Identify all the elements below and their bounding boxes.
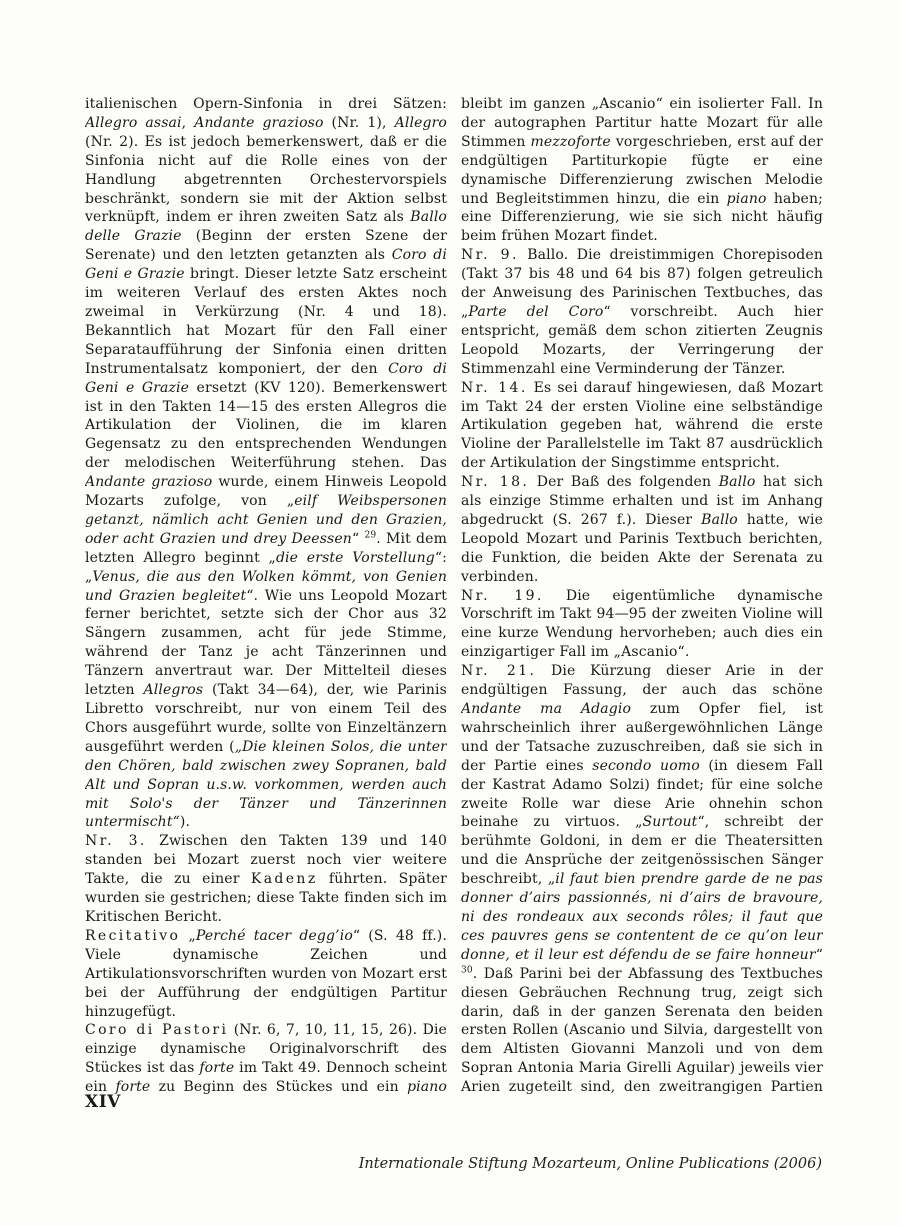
text-columns: italienischen Opern-Sinfonia in drei Sät…: [85, 95, 823, 1095]
left-column-text: italienischen Opern-Sinfonia in drei Sät…: [85, 95, 447, 1095]
text-run: Ballo: [701, 512, 738, 528]
paragraph: Nr. 14. Es sei darauf hingewiesen, daß M…: [461, 379, 823, 474]
text-run: Parte del Coro: [468, 304, 603, 320]
paragraph: Nr. 19. Die eigentümliche dynamische Vor…: [461, 587, 823, 663]
text-run: piano: [727, 191, 767, 207]
text-run: Coro di Pastori: [85, 1022, 228, 1038]
text-run: Nr. 3.: [85, 833, 147, 849]
paragraph: Nr. 18. Der Baß des folgenden Ballo hat …: [461, 473, 823, 586]
right-column-text: bleibt im ganzen „Ascanio“ ein isolierte…: [461, 95, 823, 1095]
text-run: ).: [180, 814, 190, 830]
text-run: ,: [182, 115, 195, 131]
text-run: Nr. 21.: [461, 663, 536, 679]
text-run: Allegro: [395, 115, 447, 131]
text-run: piano: [407, 1079, 447, 1095]
paragraph: italienischen Opern-Sinfonia in drei Sät…: [85, 95, 447, 832]
text-run: Recitativo: [85, 928, 180, 944]
text-run: Ballo: [719, 474, 756, 490]
left-column: italienischen Opern-Sinfonia in drei Sät…: [85, 95, 447, 1095]
text-run: Andante ma Adagio: [461, 701, 631, 717]
paragraph: Nr. 9. Ballo. Die dreistimmigen Chorepis…: [461, 246, 823, 378]
right-column: bleibt im ganzen „Ascanio“ ein isolierte…: [461, 95, 823, 1095]
text-run: Kadenz: [251, 871, 318, 887]
text-run: zu Beginn des Stückes und ein: [150, 1079, 407, 1095]
text-run: mezzoforte: [531, 134, 611, 150]
text-run: (Nr. 2). Es ist jedoch bemerkenswert, da…: [85, 134, 447, 226]
text-run: . Daß Parini bei der Abfassung des Textb…: [461, 966, 823, 1095]
text-run: Nr. 18.: [461, 474, 529, 490]
document-page: italienischen Opern-Sinfonia in drei Sät…: [0, 0, 900, 1226]
paragraph: Nr. 21. Die Kürzung dieser Arie in der e…: [461, 662, 823, 1095]
text-run: „: [180, 928, 196, 944]
text-run: Nr. 19.: [461, 588, 544, 604]
footnote-reference: 30: [461, 965, 473, 975]
page-number: XIV: [85, 1092, 121, 1112]
text-run: Perché tacer degg’io: [196, 928, 353, 944]
text-run: “: [352, 531, 365, 547]
text-run: Nr. 14.: [461, 380, 528, 396]
footer-credit: Internationale Stiftung Mozarteum, Onlin…: [359, 1156, 822, 1172]
text-run: Der Baß des folgenden: [529, 474, 719, 490]
paragraph: Recitativo „Perché tacer degg’io“ (S. 48…: [85, 927, 447, 1022]
paragraph: Coro di Pastori (Nr. 6, 7, 10, 11, 15, 2…: [85, 1021, 447, 1095]
text-run: Surtout: [642, 814, 697, 830]
text-run: die erste Vorstellung: [276, 550, 435, 566]
text-run: forte: [199, 1060, 234, 1076]
paragraph: Nr. 3. Zwischen den Takten 139 und 140 s…: [85, 832, 447, 927]
text-run: secondo uomo: [592, 758, 699, 774]
text-run: Andante grazioso: [85, 474, 212, 490]
text-run: (Nr. 1),: [324, 115, 395, 131]
paragraph: bleibt im ganzen „Ascanio“ ein isolierte…: [461, 95, 823, 246]
text-run: Allegro assai: [85, 115, 182, 131]
footnote-reference: 29: [364, 530, 376, 540]
text-run: Andante grazioso: [194, 115, 323, 131]
text-run: Nr. 9.: [461, 247, 519, 263]
text-run: italienischen Opern-Sinfonia in drei Sät…: [85, 96, 447, 112]
text-run: Allegros: [143, 682, 203, 698]
text-run: “: [816, 947, 823, 963]
